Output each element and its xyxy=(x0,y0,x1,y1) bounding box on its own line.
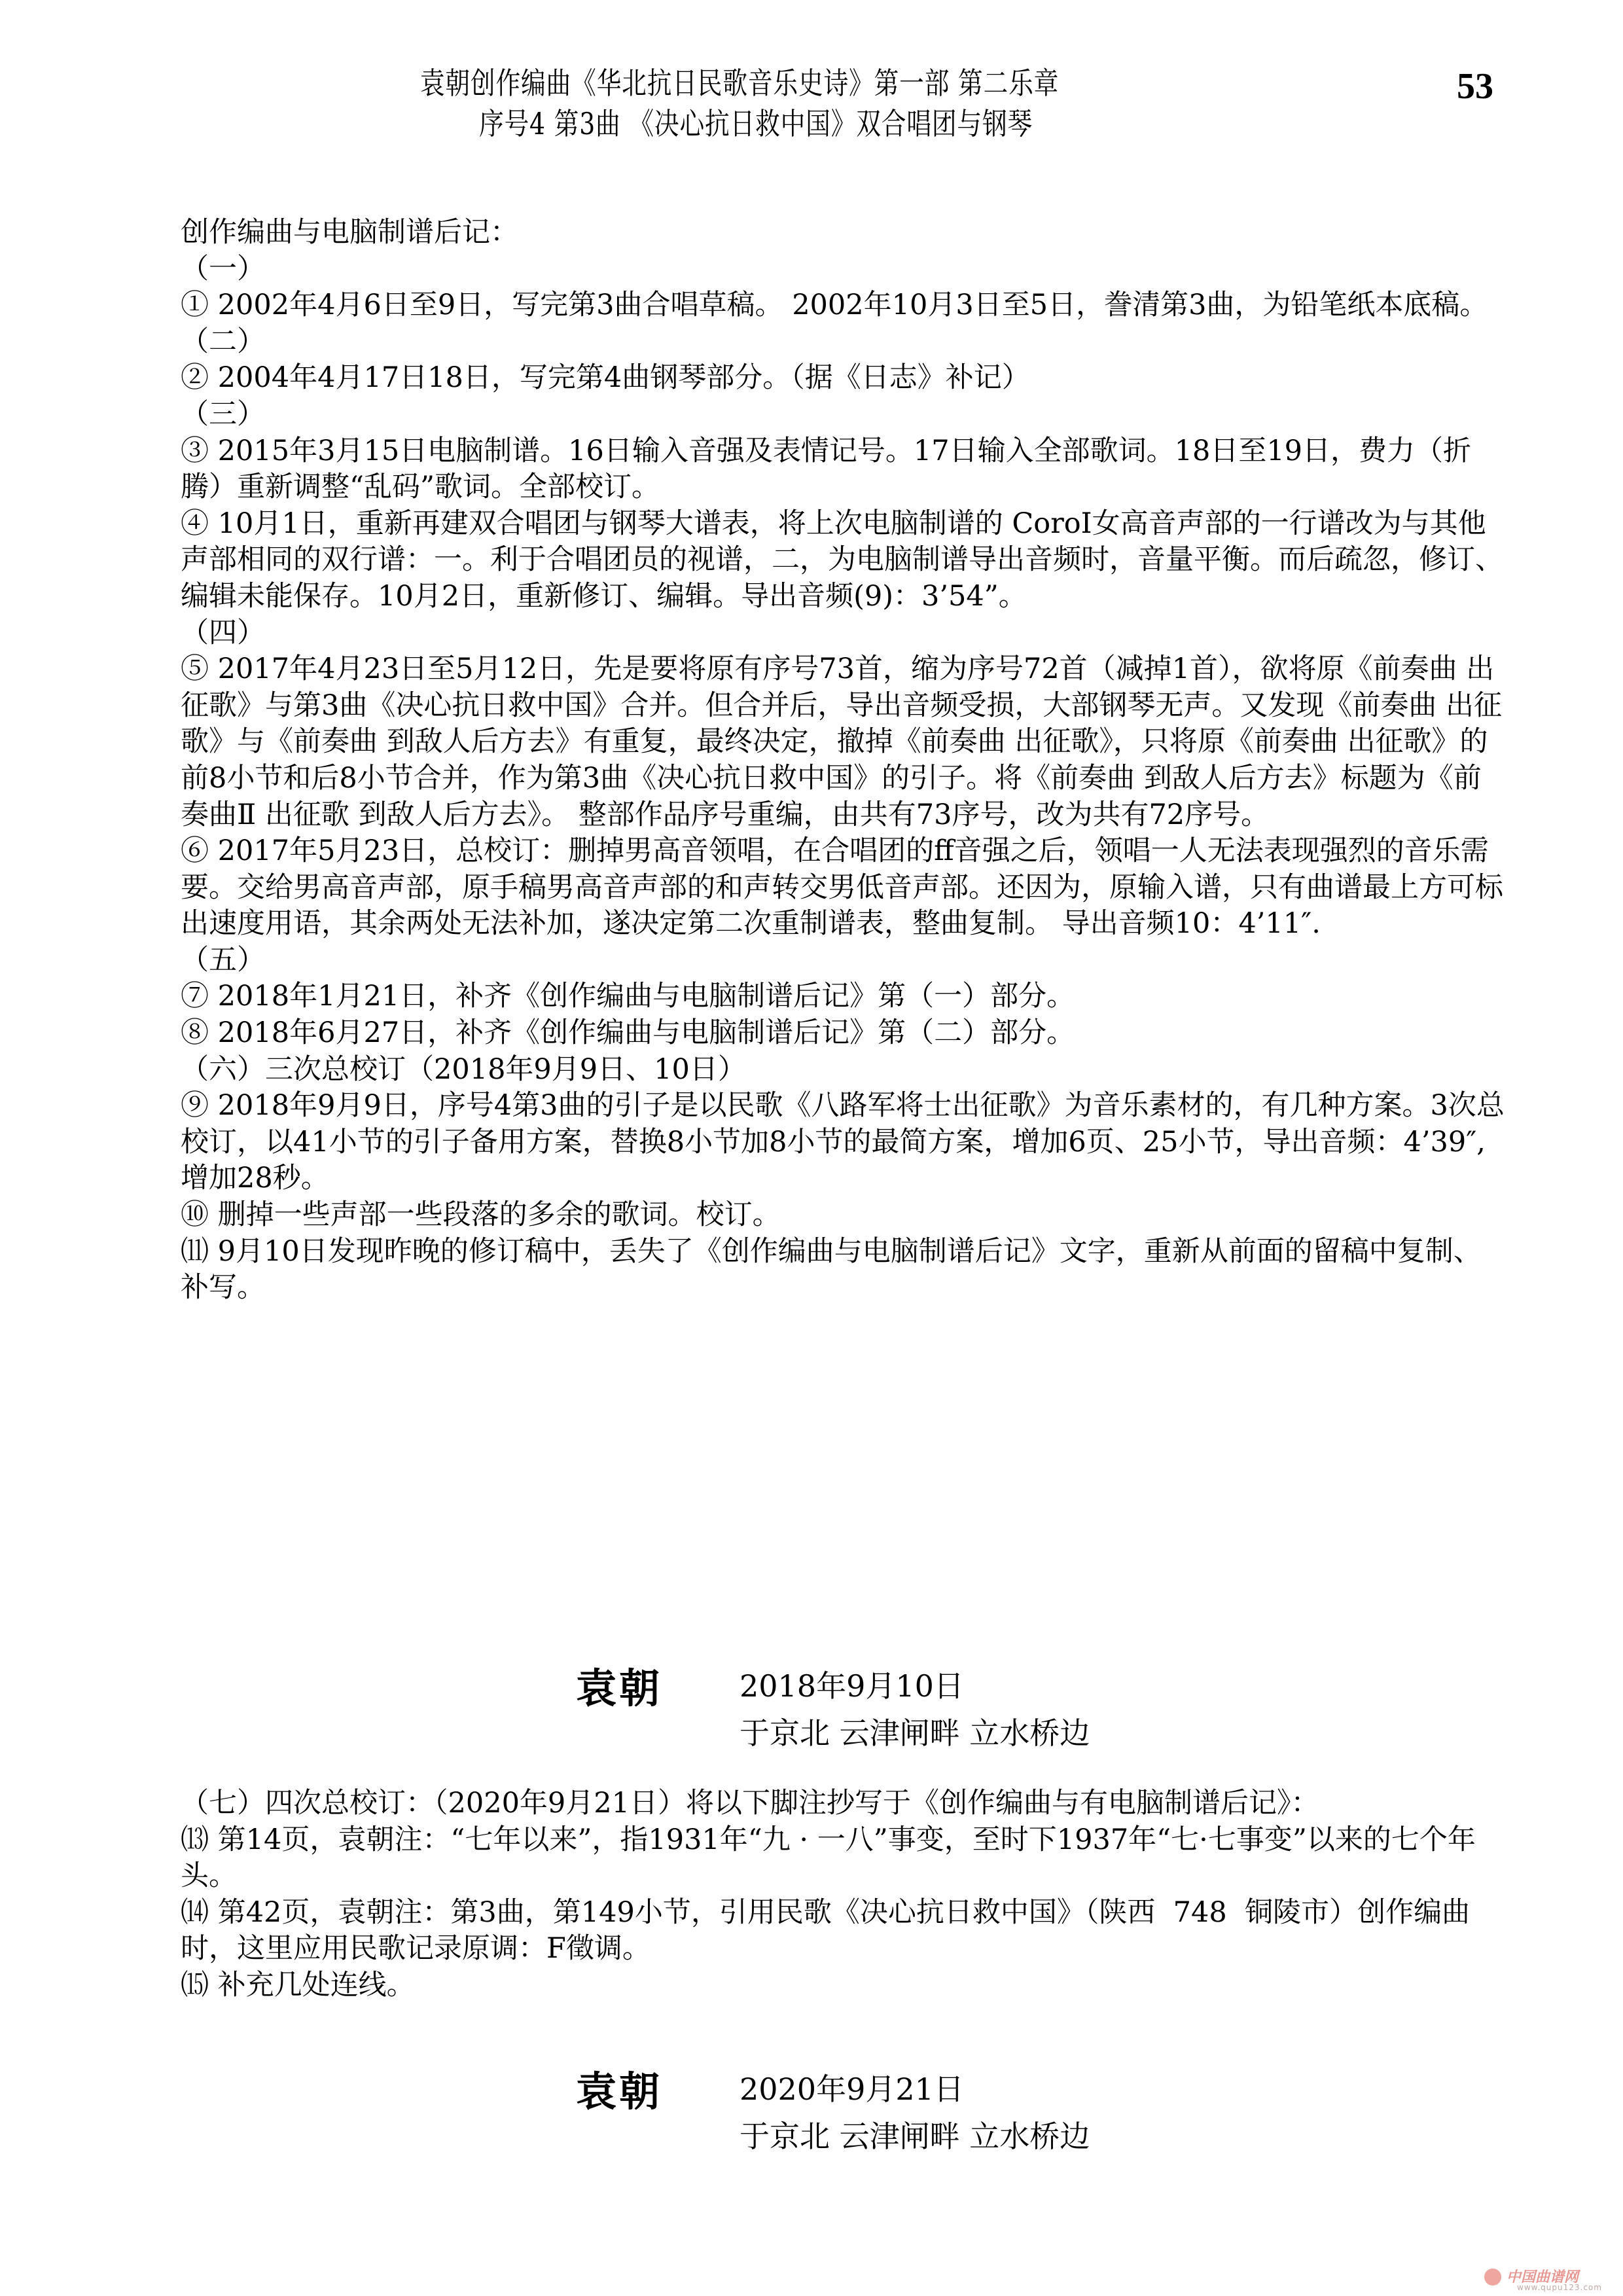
paragraph: ⑧ 2018年6月27日，补齐《创作编曲与电脑制谱后记》第（二）部分。 xyxy=(181,1015,1509,1052)
signature-date: 2018年9月10日 xyxy=(740,1662,964,1706)
afterword-body: 创作编曲与电脑制谱后记： （一） ① 2002年4月6日至9日，写完第3曲合唱草… xyxy=(181,215,1509,1306)
page-number: 53 xyxy=(1457,65,1493,107)
signature-place: 于京北 云津闸畔 立水桥边 xyxy=(740,2113,1090,2156)
afterword-title: 创作编曲与电脑制谱后记： xyxy=(181,215,1509,251)
paragraph: ③ 2015年3月15日电脑制谱。16日输入音强及表情记号。17日输入全部歌词。… xyxy=(181,433,1509,506)
paragraph: ⒁ 第42页，袁朝注：第3曲，第149小节，引用民歌《决心抗日救中国》（陕西 7… xyxy=(181,1895,1509,1967)
signature-place: 于京北 云津闸畔 立水桥边 xyxy=(740,1710,1090,1753)
paragraph: ⑦ 2018年1月21日，补齐《创作编曲与电脑制谱后记》第（一）部分。 xyxy=(181,978,1509,1015)
signature-name: 袁朝 xyxy=(576,2059,662,2117)
watermark-url: www.qupu123.com xyxy=(1517,2283,1602,2292)
paragraph: （七）四次总校订：（2020年9月21日）将以下脚注抄写于《创作编曲与有电脑制谱… xyxy=(181,1785,1509,1822)
signature-date: 2020年9月21日 xyxy=(740,2066,964,2109)
page-header: 袁朝创作编曲《华北抗日民歌音乐史诗》第一部 第二乐章 序号4 第3曲 《决心抗日… xyxy=(0,63,1623,144)
afterword-body-continued: （七）四次总校订：（2020年9月21日）将以下脚注抄写于《创作编曲与有电脑制谱… xyxy=(181,1785,1509,2004)
header-title: 袁朝创作编曲《华北抗日民歌音乐史诗》第一部 第二乐章 xyxy=(15,63,1464,103)
paragraph: ⑩ 删掉一些声部一些段落的多余的歌词。校订。 xyxy=(181,1197,1509,1234)
paragraph: （四） xyxy=(181,615,1509,652)
paragraph: ⒂ 补充几处连线。 xyxy=(181,1967,1509,2004)
paragraph: （三） xyxy=(181,397,1509,433)
paragraph: （五） xyxy=(181,942,1509,979)
paragraph: ④ 10月1日，重新再建双合唱团与钢琴大谱表，将上次电脑制谱的 CoroⅠ女高音… xyxy=(181,506,1509,615)
paragraph: ⑥ 2017年5月23日，总校订：删掉男高音领唱，在合唱团的ff音强之后，领唱一… xyxy=(181,833,1509,942)
paragraph: （一） xyxy=(181,251,1509,288)
qupu-logo-icon xyxy=(1484,2269,1501,2286)
paragraph: ① 2002年4月6日至9日，写完第3曲合唱草稿。 2002年10月3日至5日，… xyxy=(181,287,1509,324)
paragraph: ⑾ 9月10日发现昨晚的修订稿中，丢失了《创作编曲与电脑制谱后记》文字，重新从前… xyxy=(181,1234,1509,1306)
paragraph: ⑤ 2017年4月23日至5月12日，先是要将原有序号73首，缩为序号72首（减… xyxy=(181,651,1509,833)
watermark: 中国曲谱网 www.qupu123.com xyxy=(1484,2266,1623,2296)
paragraph: （六）三次总校订（2018年9月9日、10日） xyxy=(181,1052,1509,1088)
paragraph: ② 2004年4月17日18日，写完第4曲钢琴部分。（据《日志》补记） xyxy=(181,360,1509,397)
paragraph: ⑨ 2018年9月9日，序号4第3曲的引子是以民歌《八路军将士出征歌》为音乐素材… xyxy=(181,1088,1509,1197)
paragraph: ⒀ 第14页，袁朝注：“七年以来”，指1931年“九 · 一八”事变，至时下19… xyxy=(181,1822,1509,1895)
paragraph: （二） xyxy=(181,324,1509,361)
header-subtitle: 序号4 第3曲 《决心抗日救中国》双合唱团与钢琴 xyxy=(45,103,1467,144)
signature-name: 袁朝 xyxy=(576,1656,662,1714)
